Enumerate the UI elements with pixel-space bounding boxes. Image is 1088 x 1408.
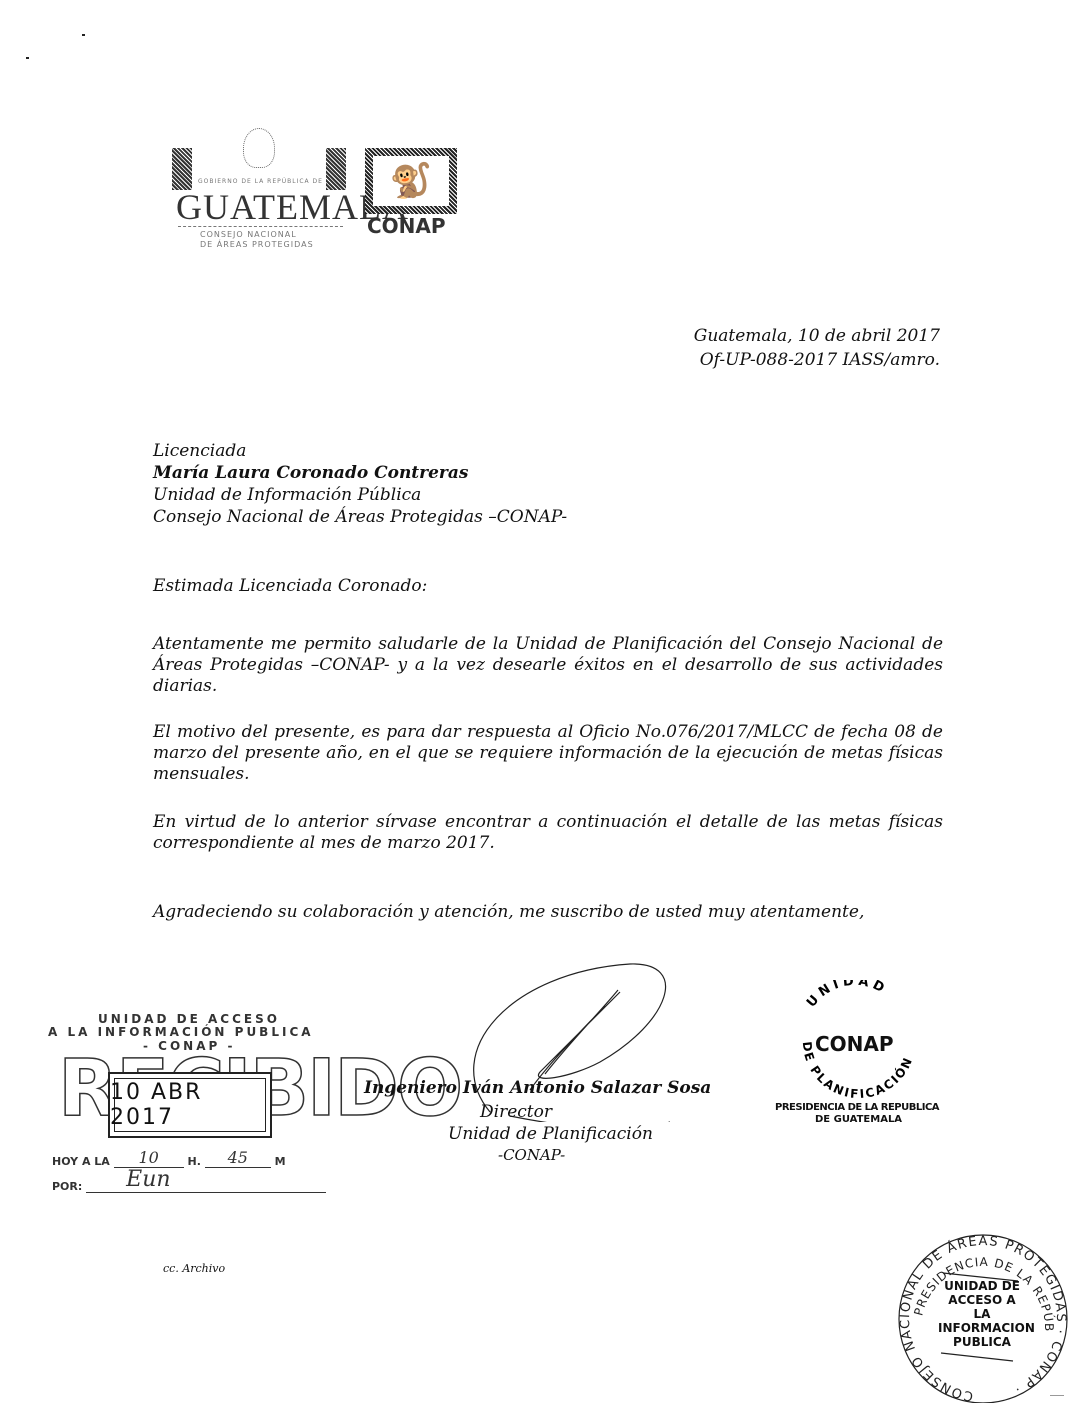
body-paragraph: El motivo del presente, es para dar resp… [153, 722, 943, 785]
coat-of-arms-icon [243, 128, 275, 168]
planning-unit-stamp: UNIDAD DE PLANIFICACIÓN CONAP PRESIDENCI… [775, 980, 935, 1130]
signer-name: Ingeniero Iván Antonio Salazar Sosa [364, 1078, 711, 1098]
body-paragraph: En virtud de lo anterior sírvase encontr… [153, 812, 943, 854]
signer-organization: -CONAP- [498, 1146, 565, 1164]
place-date: Guatemala, 10 de abril 2017 [694, 324, 940, 348]
monkey-icon: 🐒 [373, 156, 449, 206]
cc-archive: cc. Archivo [163, 1262, 225, 1275]
received-hour: 10 [138, 1148, 158, 1167]
addressee-name: María Laura Coronado Contreras [153, 462, 567, 484]
reference-number: Of-UP-088-2017 IASS/amro. [694, 348, 940, 372]
body-paragraph: Atentamente me permito saludarle de la U… [153, 634, 943, 697]
addressee-title: Licenciada [153, 440, 567, 462]
access-information-round-stamp: CONSEJO NACIONAL DE ÁREAS PROTEGIDAS · C… [893, 1233, 1073, 1403]
salutation: Estimada Licenciada Coronado: [153, 576, 427, 596]
signer-unit: Unidad de Planificación [448, 1124, 653, 1144]
date-reference-block: Guatemala, 10 de abril 2017 Of-UP-088-20… [694, 324, 940, 372]
received-minute: 45 [228, 1148, 248, 1167]
addressee-block: Licenciada María Laura Coronado Contrera… [153, 440, 567, 528]
closing-line: Agradeciendo su colaboración y atención,… [153, 902, 864, 922]
signature-scribble [450, 962, 680, 1122]
scan-speck [82, 34, 85, 36]
received-stamp: UNIDAD DE ACCESO A LA INFORMACIÓN PUBLIC… [48, 1012, 338, 1192]
svg-text:UNIDAD: UNIDAD [804, 980, 890, 1010]
received-by-signature: Eun [126, 1167, 170, 1192]
addressee-unit: Unidad de Información Pública [153, 484, 567, 506]
guatemala-government-logo: GOBIERNO DE LA REPÚBLICA DE GUATEMALA CO… [168, 128, 348, 248]
addressee-organization: Consejo Nacional de Áreas Protegidas –CO… [153, 506, 567, 528]
received-date: 10 ABR 2017 [108, 1072, 272, 1138]
scan-speck [26, 57, 29, 59]
conap-logo: 🐒 CONAP [365, 148, 457, 240]
signer-role: Director [480, 1102, 552, 1122]
